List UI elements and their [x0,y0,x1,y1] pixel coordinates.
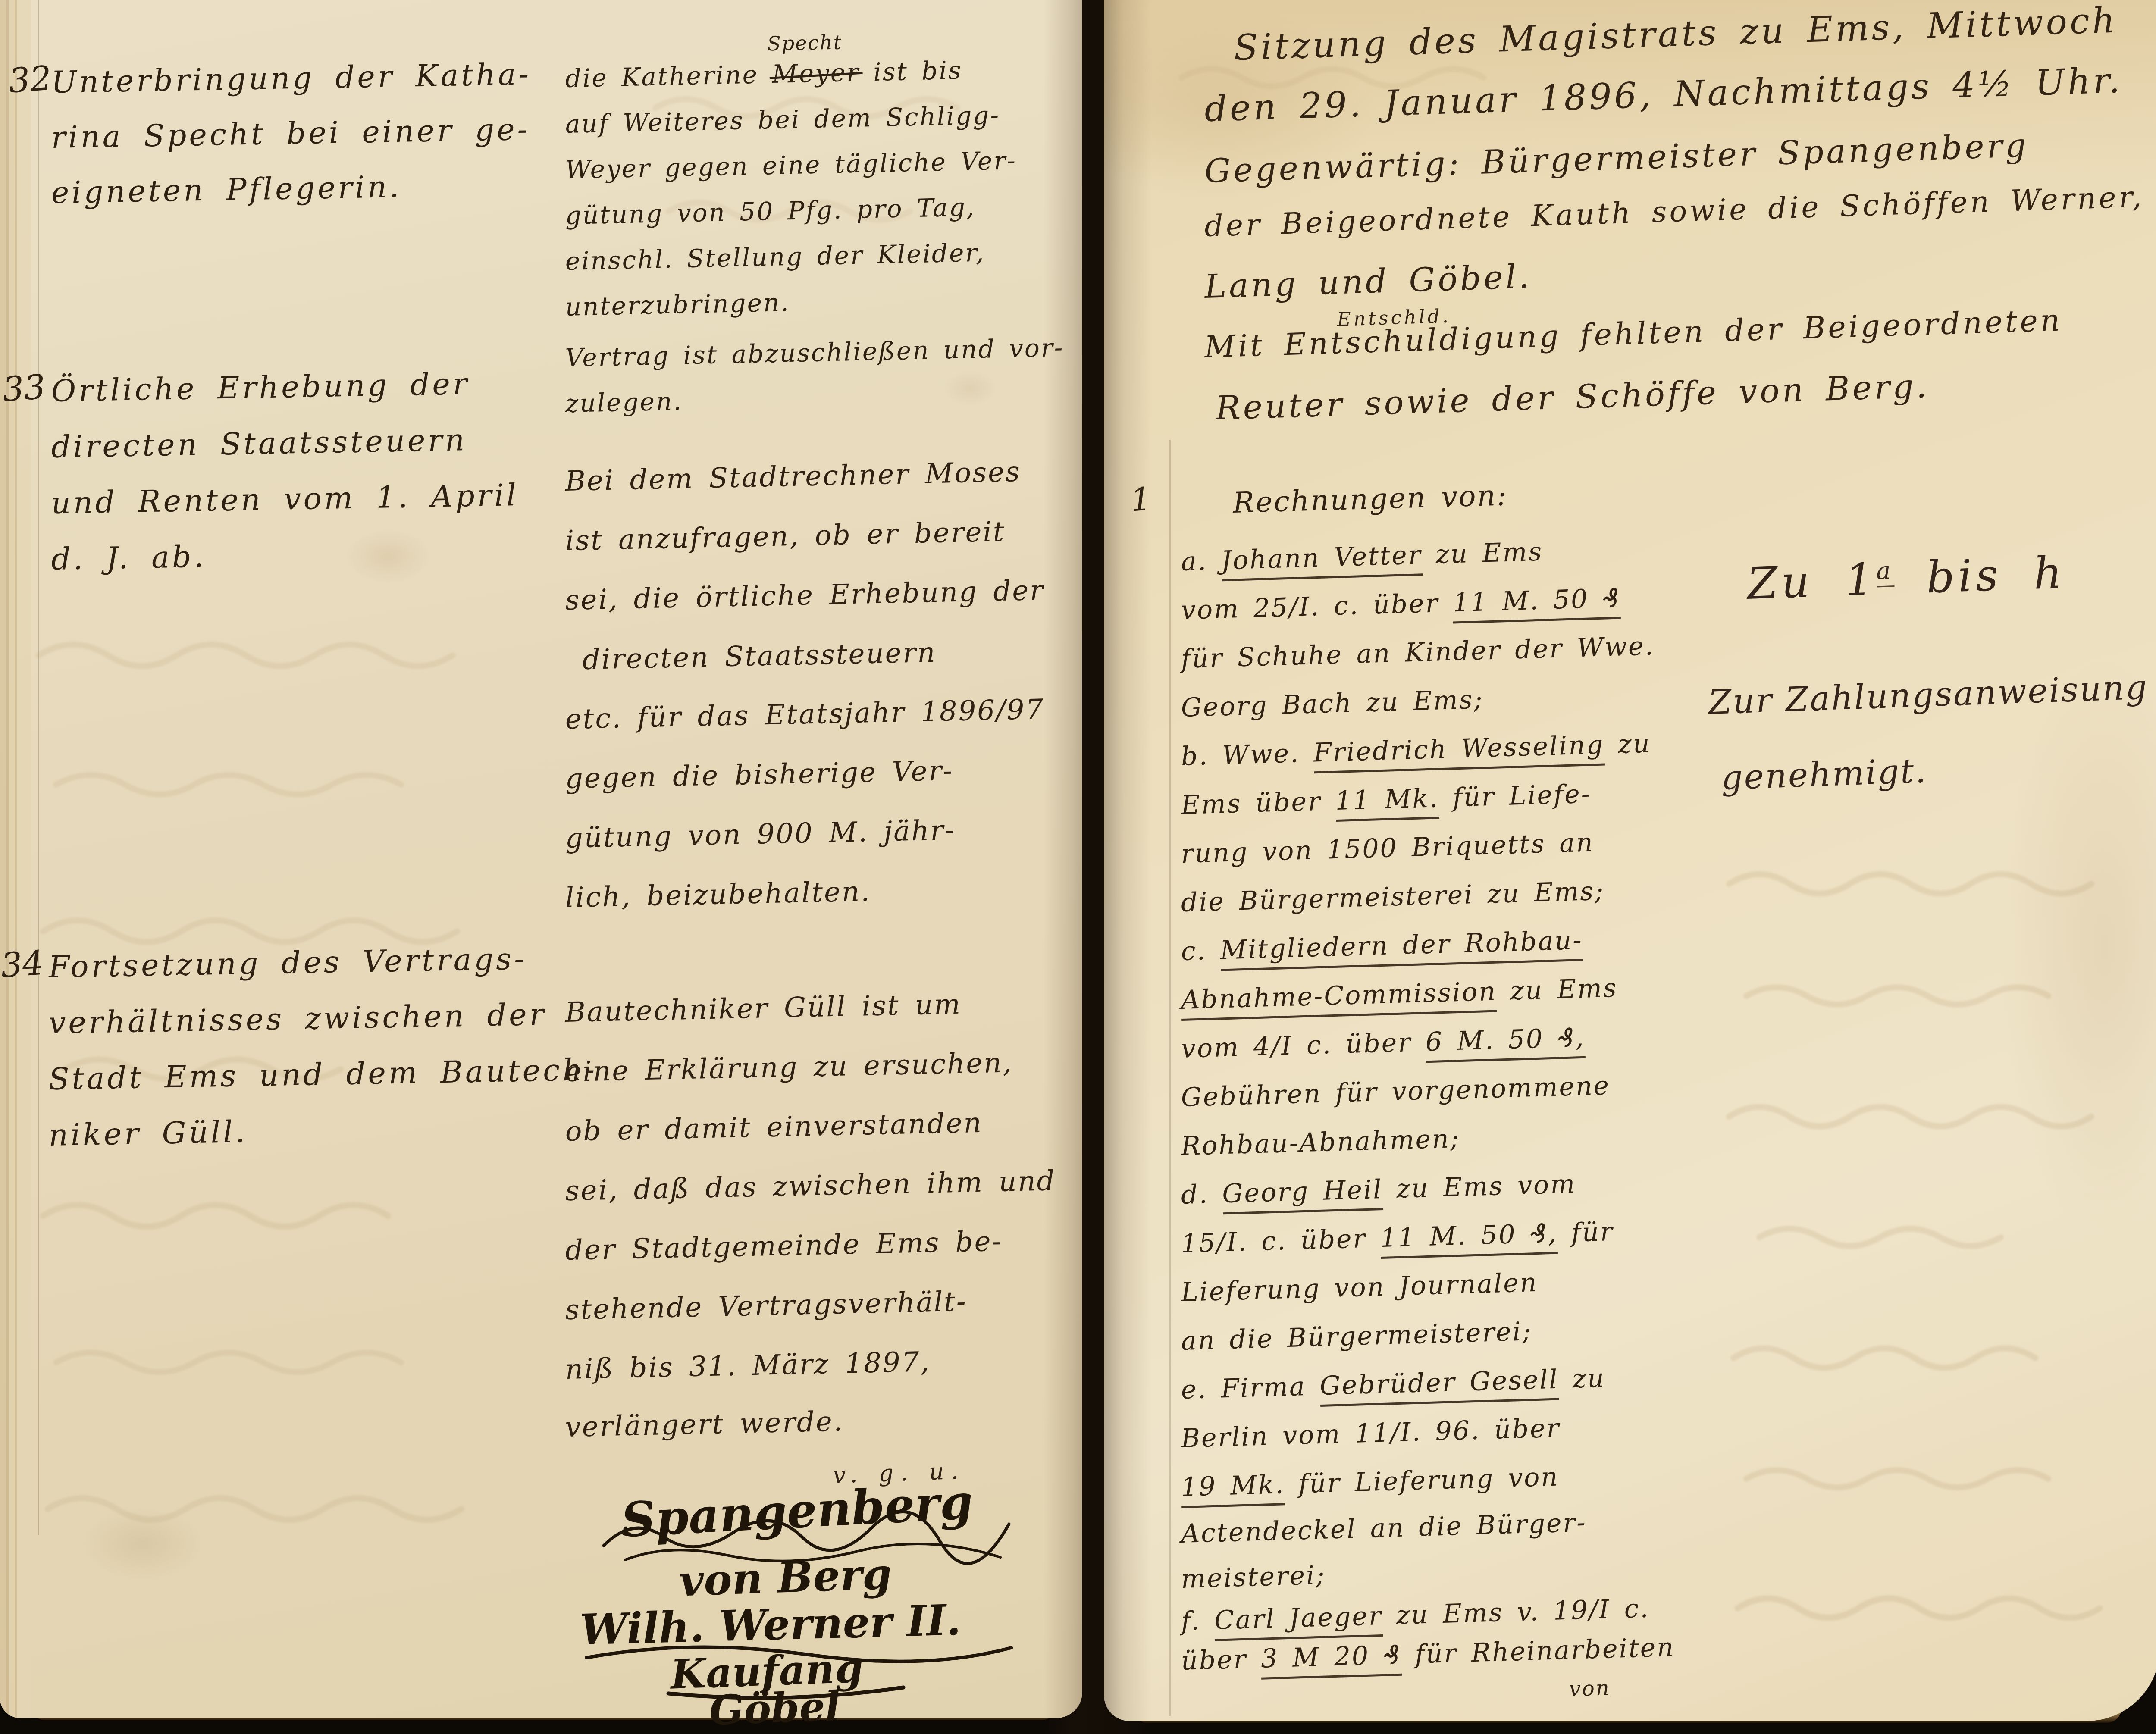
invoice-line: a. Johann Vetter zu Ems [1181,537,1543,577]
manuscript-line: zulegen. [565,386,683,418]
manuscript-line: rina Specht bei einer ge- [51,112,530,155]
invoice-line: f. Carl Jaeger zu Ems v. 19/I c. [1181,1593,1650,1637]
manuscript-line: d. J. ab. [51,539,207,577]
invoice-line: an die Bürgermeisterei; [1181,1316,1532,1356]
ink-bleed-through-ghost [1720,841,2130,1703]
invoice-line: Rohbau-Abnahmen; [1181,1124,1460,1161]
invoice-line: für Schuhe an Kinder der Wwe. [1181,631,1655,674]
margin-rule-right-page [1169,440,1171,1716]
margin-note-line: genehmigt. [1720,751,1928,798]
invoice-line: Berlin vom 11/I. 96. über [1181,1413,1561,1454]
manuscript-line: unterzubringen. [565,288,790,322]
manuscript-line: Bei dem Stadtrechner Moses [565,456,1022,498]
manuscript-line: gegen die bisherige Ver- [565,755,954,795]
invoice-line: 15/I. c. über 11 M. 50 ₰, für [1181,1217,1614,1259]
invoice-line: d. Georg Heil zu Ems vom [1181,1169,1576,1210]
invoice-line: Ems über 11 Mk. für Liefe- [1181,779,1592,820]
invoice-line: meisterei; [1181,1560,1326,1594]
invoice-line: Actendeckel an die Bürger- [1181,1508,1587,1549]
manuscript-line: und Renten vom 1. April [51,477,519,521]
invoice-line: vom 25/I. c. über 11 M. 50 ₰ [1181,583,1621,626]
attendees-line: der Beigeordnete Kauth sowie die Schöffe… [1204,180,2144,244]
margin-note-reference: Zu 1a bis h [1746,547,2066,610]
manuscript-line: niker Güll. [48,1114,248,1153]
manuscript-line: sei, daß das zwischen ihm und [565,1165,1056,1207]
manuscript-line: verlängert werde. [565,1405,844,1443]
text-after-correction: ist bis [859,56,962,87]
invoice-line: c. Mitgliedern der Rohbau- [1181,925,1583,967]
manuscript-line: der Stadtgemeinde Ems be- [565,1226,1003,1267]
inserted-correction-word: Specht [767,31,843,56]
manuscript-line: directen Staatssteuern [51,422,467,465]
fore-edge-left [0,0,31,1718]
struck-through-word: Meyer [772,58,860,89]
attendees-line: Gegenwärtig: Bürgermeister Spangenberg [1204,126,2029,190]
excused-absent-line: Reuter sowie der Schöffe von Berg. [1215,366,1930,427]
excused-absent-line: Mit Entschuldigung fehlten der Beigeordn… [1204,302,2063,364]
invoice-line-carryover: von [1569,1676,1611,1701]
ledger-book-spread: 32 Unterbringung der Katha- rina Specht … [0,0,2156,1734]
invoice-line: vom 4/I c. über 6 M. 50 ₰, [1181,1023,1585,1064]
item-number-33: 33 [1,368,47,410]
manuscript-line: Vertrag ist abzuschließen und vor- [565,333,1064,372]
invoice-line: Gebühren für vorgenommene [1181,1070,1611,1113]
manuscript-line: Unterbringung der Katha- [51,56,532,100]
invoice-line: 19 Mk. für Lieferung von [1181,1462,1559,1502]
manuscript-line: lich, beizubehalten. [565,876,871,914]
item-number-34: 34 [0,944,45,986]
manuscript-line: ob er damit einverstanden [565,1107,983,1148]
invoice-line: Georg Bach zu Ems; [1181,684,1484,723]
manuscript-line: sei, die örtliche Erhebung der [565,575,1044,617]
manuscript-line: ist anzufragen, ob er bereit [565,516,1006,557]
invoice-line: Abnahme-Commission zu Ems [1181,973,1618,1015]
attendees-line: Lang und Göbel. [1204,257,1532,306]
margin-note-line: Zur Zahlungsanweisung [1708,668,2149,722]
invoice-line: b. Wwe. Friedrich Wesseling zu [1181,729,1651,772]
manuscript-line: niß bis 31. März 1897, [565,1346,931,1386]
agenda-item-number-1: 1 [1129,480,1152,519]
right-page: Sitzung des Magistrats zu Ems, Mittwoch … [1104,0,2156,1721]
invoice-line: die Bürgermeisterei zu Ems; [1181,876,1605,918]
manuscript-line: etc. für das Etatsjahr 1896/97 [565,694,1045,736]
signature-goebel: Göbel [708,1683,841,1734]
manuscript-line: Örtliche Erhebung der [51,366,470,409]
session-title-line: Sitzung des Magistrats zu Ems, Mittwoch [1233,0,2118,69]
item-number-32: 32 [7,59,53,101]
text-before-correction: die Katherine [565,59,772,93]
manuscript-line: Bautechniker Güll ist um [565,989,962,1029]
invoice-line: rung von 1500 Briquetts an [1181,827,1595,869]
manuscript-line: eigneten Pflegerin. [51,169,402,210]
manuscript-line: eine Erklärung zu ersuchen, [565,1047,1013,1088]
invoice-line: Lieferung von Journalen [1181,1268,1538,1308]
manuscript-line: directen Staatssteuern [582,637,937,676]
invoice-line: e. Firma Gebrüder Gesell zu [1181,1363,1606,1405]
invoice-list-heading: Rechnungen von: [1232,479,1508,520]
manuscript-line: stehende Vertragsverhält- [565,1286,967,1326]
manuscript-line: gütung von 900 M. jähr- [565,814,956,854]
left-page: 32 Unterbringung der Katha- rina Specht … [0,0,1082,1718]
